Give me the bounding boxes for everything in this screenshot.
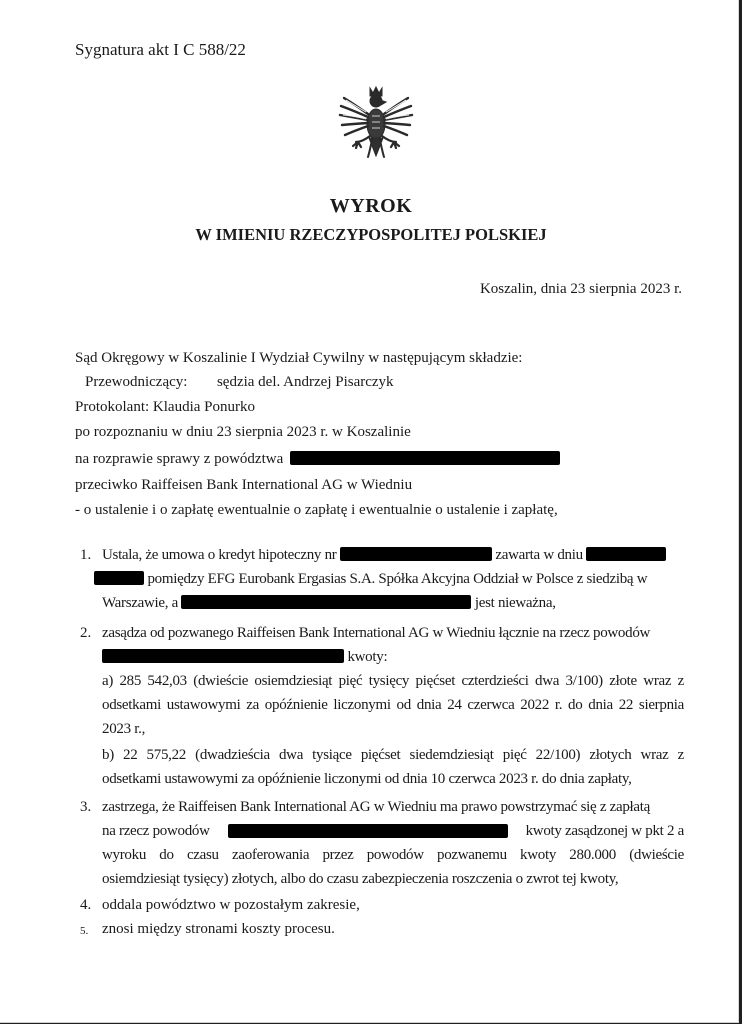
ruling-1-line-3: Warszawie, a jest nieważna, [102, 591, 684, 615]
ruling-5: znosi między stronami koszty procesu. [102, 917, 684, 941]
judgment-subtitle: W IMIENIU RZECZYPOSPOLITEJ POLSKIEJ [0, 225, 742, 245]
ruling-1-number: 1. [80, 547, 91, 564]
claim-prefix: na rozprawie sprawy z powództwa [75, 451, 283, 467]
presiding-label: Przewodniczący: [85, 374, 187, 390]
redacted-plaintiffs [102, 649, 344, 663]
redacted-plaintiffs [290, 451, 560, 465]
polish-eagle-emblem-icon [336, 84, 416, 170]
presiding-judge-line: Przewodniczący: sędzia del. Andrzej Pisa… [85, 374, 394, 391]
ruling-5-number: 5. [80, 925, 88, 937]
ruling-4: oddala powództwo w pozostałym zakresie, [102, 893, 684, 917]
ruling-1-text-a: Ustala, że umowa o kredyt hipoteczny nr [102, 547, 336, 563]
case-subject: - o ustalenie i o zapłatę ewentualnie o … [75, 502, 558, 519]
point-a-line-3: 2023 r., [102, 717, 684, 741]
ruling-3-line-4: osiemdziesiąt tysięcy) złotych, albo do … [102, 867, 684, 891]
redacted-contract-number [340, 547, 492, 561]
ruling-3-number: 3. [80, 799, 91, 816]
ruling-2-line-2: kwoty: [102, 645, 684, 669]
redacted-plaintiffs [228, 824, 508, 838]
court-clerk: Protokolant: Klaudia Ponurko [75, 399, 255, 416]
point-b-line-1: b) 22 575,22 (dwadzieścia dwa tysiące pi… [102, 743, 684, 767]
document-page: Sygnatura akt I C 588/22 [0, 0, 739, 1023]
ruling-1: Ustala, że umowa o kredyt hipoteczny nr … [102, 543, 684, 615]
place-and-date: Koszalin, dnia 23 sierpnia 2023 r. [480, 281, 682, 298]
ruling-1-text-d: Warszawie, a [102, 595, 178, 611]
judgment-title: WYROK [0, 195, 742, 218]
ruling-1-line-1: Ustala, że umowa o kredyt hipoteczny nr … [102, 543, 684, 567]
point-a-line-2: odsetkami ustawowymi za opóźnienie liczo… [102, 693, 684, 717]
ruling-3-line-3: wyroku do czasu zaoferowania przez powod… [102, 843, 684, 867]
defendant-line: przeciwko Raiffeisen Bank International … [75, 477, 412, 494]
ruling-2: zasądza od pozwanego Raiffeisen Bank Int… [102, 621, 684, 669]
ruling-5-text: znosi między stronami koszty procesu. [102, 917, 684, 941]
ruling-2-number: 2. [80, 625, 91, 642]
ruling-1-text-c: pomiędzy EFG Eurobank Ergasias S.A. Spół… [147, 571, 647, 587]
redacted-borrowers [181, 595, 471, 609]
ruling-2-line-1: zasądza od pozwanego Raiffeisen Bank Int… [102, 621, 684, 645]
point-a-line-1: a) 285 542,03 (dwieście osiemdziesiąt pi… [102, 669, 684, 693]
redacted-date-part [94, 571, 144, 585]
ruling-4-text: oddala powództwo w pozostałym zakresie, [102, 893, 684, 917]
ruling-1-line-2: pomiędzy EFG Eurobank Ergasias S.A. Spół… [94, 567, 684, 591]
ruling-1-text-b: zawarta w dniu [495, 547, 582, 563]
ruling-2-point-b: b) 22 575,22 (dwadzieścia dwa tysiące pi… [102, 743, 684, 791]
ruling-3-line-1: zastrzega, że Raiffeisen Bank Internatio… [102, 795, 684, 819]
ruling-2-text-b: kwoty: [347, 649, 387, 665]
point-b-line-2: odsetkami ustawowymi za opóźnienie liczo… [102, 767, 684, 791]
ruling-3-line-2: na rzecz powodów kwoty zasądzonej w pkt … [102, 819, 684, 843]
ruling-1-text-e: jest nieważna, [475, 595, 556, 611]
hearing-info: po rozpoznaniu w dniu 23 sierpnia 2023 r… [75, 424, 411, 441]
claim-line: na rozprawie sprawy z powództwa [75, 451, 560, 468]
redacted-contract-date [586, 547, 666, 561]
case-signature: Sygnatura akt I C 588/22 [75, 40, 246, 60]
court-composition: Sąd Okręgowy w Koszalinie I Wydział Cywi… [75, 350, 522, 367]
ruling-3-text-a: na rzecz powodów [102, 819, 210, 843]
presiding-judge-name: sędzia del. Andrzej Pisarczyk [217, 374, 394, 390]
ruling-3-text-b: kwoty zasądzonej w pkt 2 a [526, 819, 684, 843]
ruling-4-number: 4. [80, 897, 91, 914]
ruling-3: zastrzega, że Raiffeisen Bank Internatio… [102, 795, 684, 891]
ruling-2-point-a: a) 285 542,03 (dwieście osiemdziesiąt pi… [102, 669, 684, 741]
